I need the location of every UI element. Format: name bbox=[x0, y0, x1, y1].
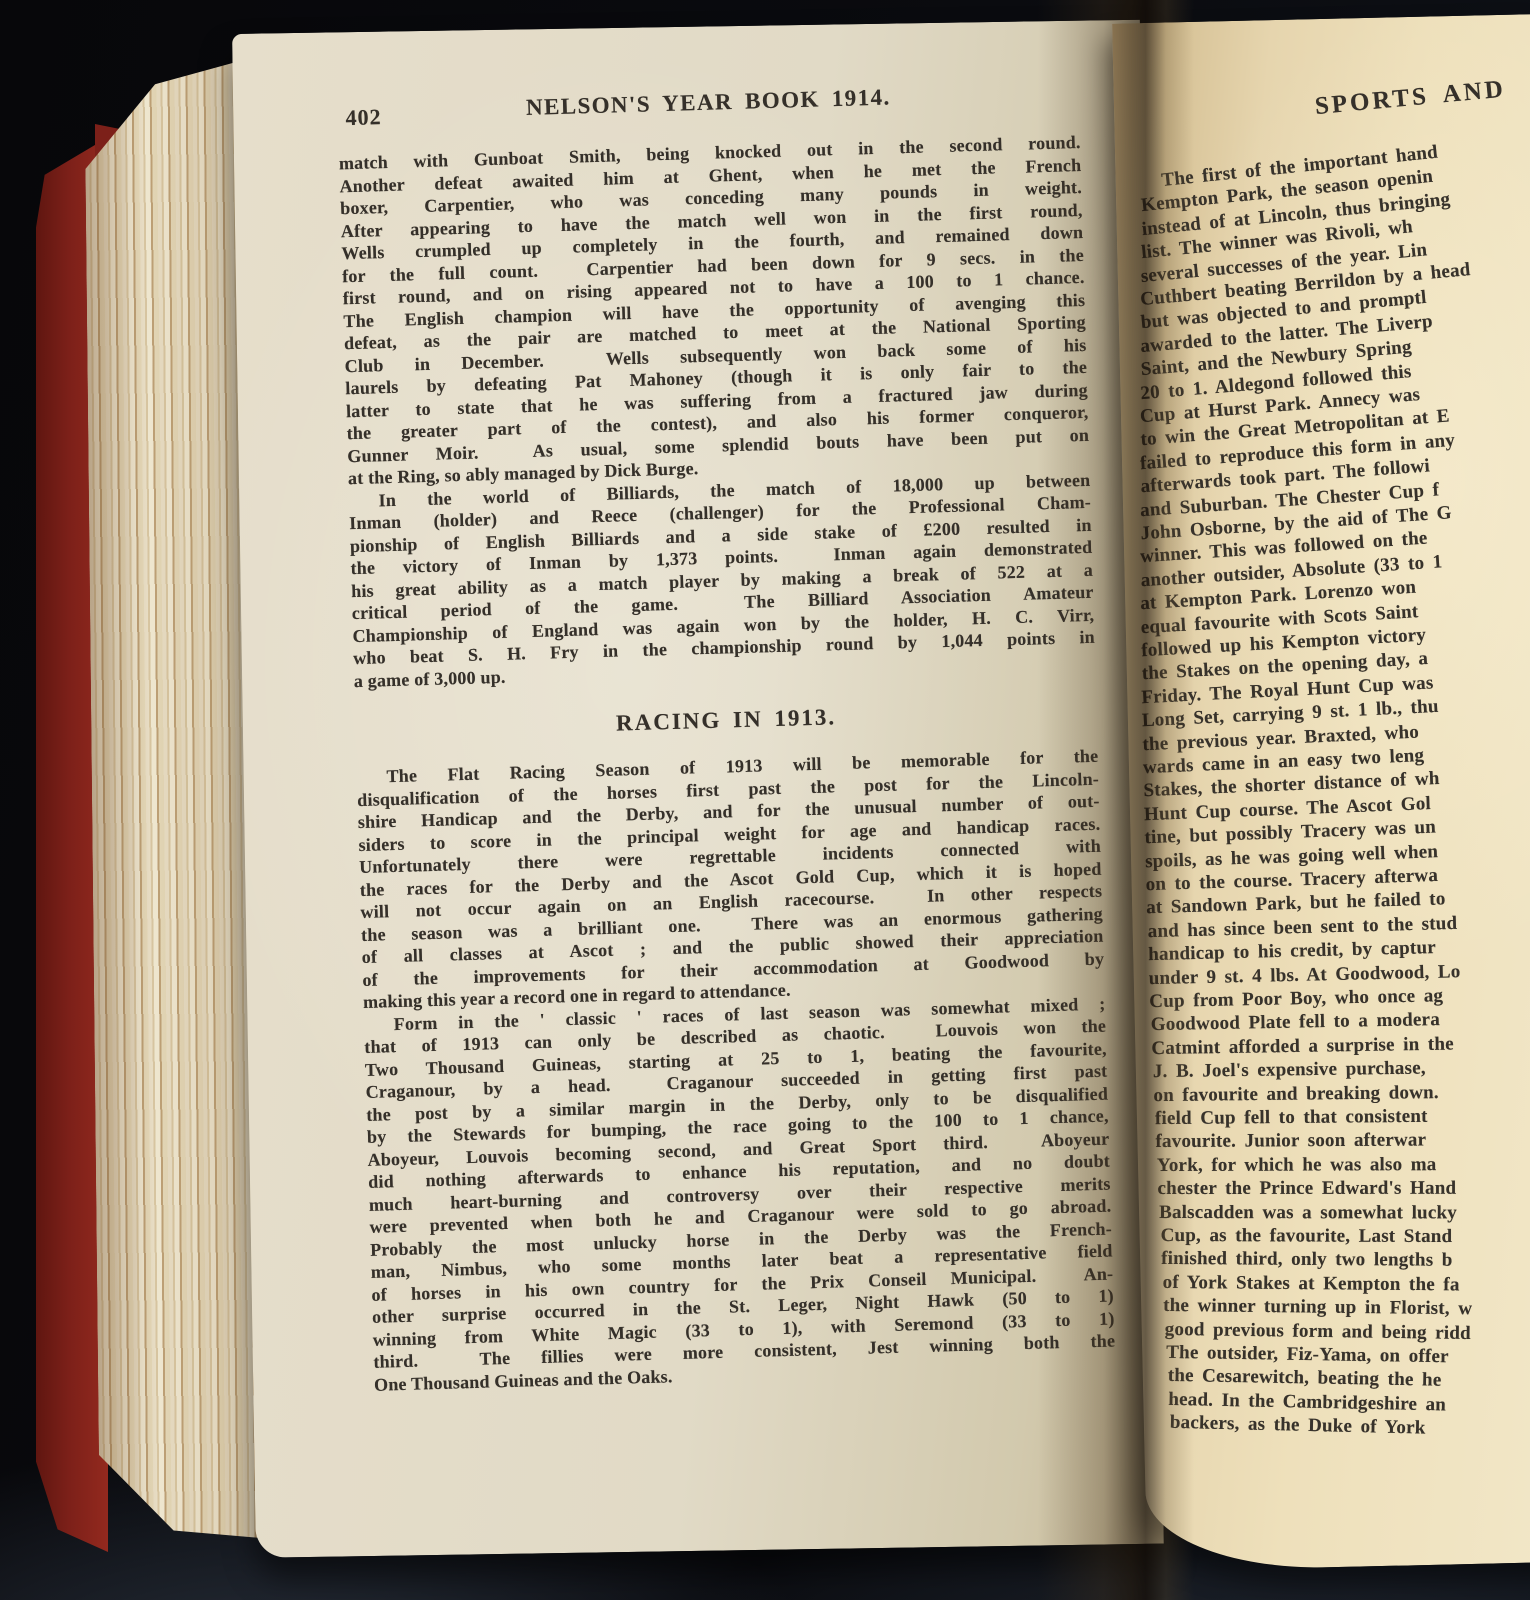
running-header: NELSON'S YEAR BOOK 1914. bbox=[337, 77, 1079, 126]
book-photo: 402 NELSON'S YEAR BOOK 1914. match with … bbox=[0, 0, 1530, 1600]
right-page: SPORTS AND The first of the important ha… bbox=[1112, 14, 1530, 1571]
text-line: chester the Prince Edward's Hand bbox=[1158, 1177, 1530, 1201]
text-line: York, for which he was also ma bbox=[1157, 1152, 1530, 1177]
right-page-body: The first of the important handKempton P… bbox=[1115, 162, 1530, 1491]
page-number: 402 bbox=[345, 104, 382, 131]
text-line: Balscadden was a somewhat lucky bbox=[1159, 1201, 1530, 1225]
left-page-header: 402 NELSON'S YEAR BOOK 1914. bbox=[337, 77, 1080, 138]
text-line: finished third, only two lengths b bbox=[1161, 1247, 1530, 1274]
paragraph: The Flat Racing Season of 1913 will be m… bbox=[356, 745, 1105, 1014]
section-heading: RACING IN 1913. bbox=[355, 697, 1097, 744]
text-line: Cup, as the favourite, Last Stand bbox=[1160, 1224, 1530, 1249]
paragraph: match with Gunboat Smith, being knocked … bbox=[339, 131, 1090, 490]
text-line: field Cup fell to that consistent bbox=[1155, 1102, 1530, 1130]
left-page: 402 NELSON'S YEAR BOOK 1914. match with … bbox=[232, 20, 1164, 1558]
text-line: favourite. Junior soon afterwar bbox=[1156, 1127, 1530, 1154]
left-page-text: 402 NELSON'S YEAR BOOK 1914. match with … bbox=[337, 77, 1116, 1396]
paragraph: Form in the ' classic ' races of last se… bbox=[363, 992, 1116, 1396]
right-running-header: SPORTS AND bbox=[1314, 54, 1530, 121]
paragraph: In the world of Billiards, the match of … bbox=[348, 468, 1096, 692]
left-page-body: match with Gunboat Smith, being knocked … bbox=[339, 131, 1117, 1396]
